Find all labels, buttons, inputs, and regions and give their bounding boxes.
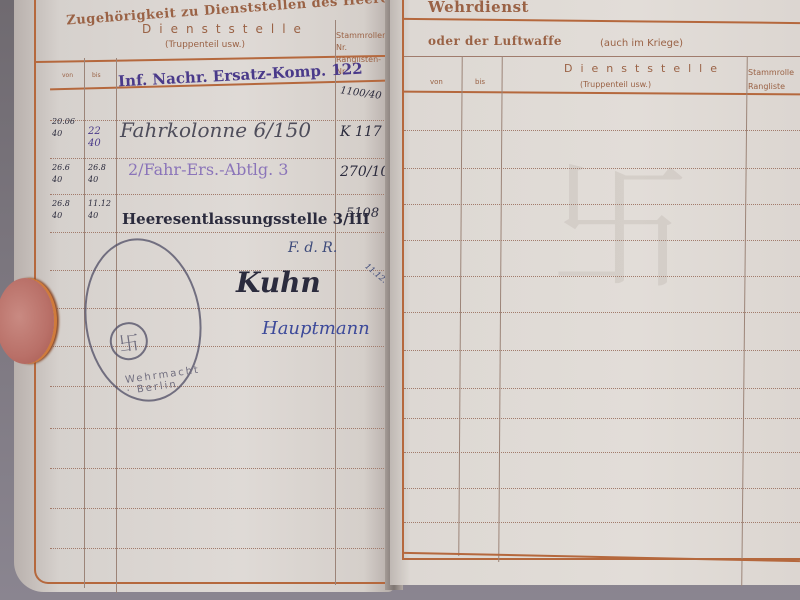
entry-roll-3: 270/10 bbox=[340, 164, 389, 180]
left-col-divider-3 bbox=[335, 20, 336, 585]
right-subtitle-note: (auch im Kriege) bbox=[600, 38, 683, 49]
entry-from-2: 20.06 40 bbox=[52, 116, 82, 140]
right-col-from: von bbox=[430, 78, 443, 86]
signature-rank: Hauptmann bbox=[262, 318, 370, 339]
right-row-line bbox=[404, 276, 800, 277]
entry-to-2: 22 40 bbox=[88, 126, 114, 150]
entry-from-4: 26.8 40 bbox=[52, 198, 82, 222]
left-row-line bbox=[50, 194, 386, 195]
right-subheader-line bbox=[404, 56, 800, 57]
right-row-line bbox=[404, 130, 800, 131]
right-row-line bbox=[404, 522, 800, 523]
signature: Kuhn bbox=[236, 266, 321, 299]
left-row-line bbox=[50, 428, 386, 429]
left-col-from: von bbox=[62, 72, 73, 79]
right-row-line bbox=[404, 488, 800, 489]
swastika-eagle-icon: 卐 bbox=[107, 320, 150, 363]
right-col-roll: Stammrolle Rangliste bbox=[748, 66, 800, 94]
left-row-line bbox=[50, 548, 386, 549]
entry-to-3: 26.8 40 bbox=[88, 162, 114, 186]
entry-unit-2: Fahrkolonne 6/150 bbox=[120, 118, 311, 142]
entry-from-3: 26.6 40 bbox=[52, 162, 82, 186]
left-row-line bbox=[50, 508, 386, 509]
left-col-unit-sub: (Truppenteil usw.) bbox=[165, 40, 245, 50]
right-row-line bbox=[404, 168, 800, 169]
right-subtitle: oder der Luftwaffe bbox=[428, 34, 562, 48]
right-col-to: bis bbox=[475, 78, 485, 86]
entry-unit-4: Heeresentlassungsstelle 3/III bbox=[122, 210, 370, 228]
left-col-unit: Dienststelle bbox=[142, 22, 309, 36]
left-row-line bbox=[50, 468, 386, 469]
right-col-unit-sub: (Truppenteil usw.) bbox=[580, 80, 651, 89]
entry-roll-4: 5108 bbox=[346, 206, 379, 221]
right-row-line bbox=[404, 418, 800, 419]
left-col-to: bis bbox=[92, 72, 101, 79]
eagle-watermark-icon: 卐 bbox=[470, 120, 770, 340]
right-row-line bbox=[404, 240, 800, 241]
entry-unit-3: 2/Fahr-Ers.-Abtlg. 3 bbox=[128, 160, 288, 179]
right-row-line bbox=[404, 312, 800, 313]
entry-to-4: 11.12 40 bbox=[88, 198, 114, 222]
right-row-line bbox=[404, 350, 800, 351]
right-col-unit: Dienststelle bbox=[564, 62, 725, 75]
right-row-line bbox=[404, 388, 800, 389]
left-row-line bbox=[50, 386, 386, 387]
entry-roll-2: K 117 bbox=[340, 124, 382, 140]
right-row-line bbox=[404, 204, 800, 205]
right-header-title: Wehrdienst bbox=[428, 0, 529, 16]
left-row-line bbox=[50, 158, 386, 159]
right-row-line bbox=[404, 452, 800, 453]
signature-fdr: F. d. R. bbox=[288, 240, 337, 256]
left-row-line bbox=[50, 232, 386, 233]
